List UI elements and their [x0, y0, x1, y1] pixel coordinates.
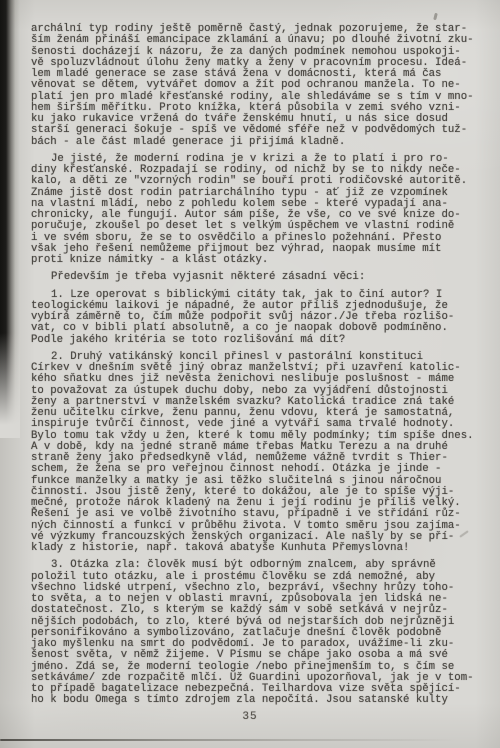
scan-left-edge-shadow	[0, 0, 20, 438]
page-number: 35	[0, 711, 500, 723]
text-line: kalo, a děti ze "vzorných rodin" se bouř…	[31, 176, 493, 187]
text-line: schem, že žena se pro veřejnou činnost n…	[31, 464, 493, 475]
paragraph: 3. Otázka zla: člověk musí být odborným …	[31, 560, 493, 706]
scan-bottom-edge-line	[0, 739, 482, 741]
text-line: Především je třeba vyjasnit některé zása…	[31, 272, 493, 283]
text-line: inspiruje tvůrčí činnost, vede jiné a vy…	[31, 419, 493, 430]
text-line: ho k bodu Omega s tímto zdrojem zla nepo…	[31, 695, 493, 706]
text-line: starší generaci šokuje - spíš ve vědomé …	[31, 125, 493, 136]
page-text: archální typ rodiny ještě poměrně častý,…	[31, 24, 493, 707]
text-line: ším ženám přináší emancipace zklamání a …	[31, 35, 493, 46]
text-line: bách - ale část mladé generace ji přijím…	[31, 137, 493, 148]
text-line: vat, co v bibli platí absolutně, a co je…	[31, 323, 493, 334]
text-line: šenost světa, v němž žijeme. V Písmu se …	[31, 650, 493, 661]
text-line: dostatečnost. Zlo, s kterým se každý sám…	[31, 605, 493, 616]
paragraph: 1. Lze operovat s biblickými citáty tak,…	[31, 290, 493, 346]
text-line: kého sňatku dnes již nevěsta ženichovi n…	[31, 374, 493, 385]
paragraph: Především je třeba vyjasnit některé zása…	[31, 272, 493, 283]
text-line: věnovat se dětem, vytvářet domov a žít p…	[31, 80, 493, 91]
paragraph: archální typ rodiny ještě poměrně častý,…	[31, 24, 493, 148]
text-line: Řešení je asi ve volbě životního stavu, …	[31, 509, 493, 520]
text-line: Podle jakého kritéria se toto rozlišován…	[31, 335, 493, 346]
text-line: poručuje, zkoušel po deset let s velkým …	[31, 221, 493, 232]
text-line: 3. Otázka zla: člověk musí být odborným …	[31, 560, 493, 571]
scan-speck-mark	[433, 13, 438, 21]
paragraph: 2. Druhý vatikánský koncil přinesl v pas…	[31, 352, 493, 555]
scanned-page: archální typ rodiny ještě poměrně častý,…	[0, 0, 500, 748]
text-line: klady z historie, např. taková abatyše K…	[31, 543, 493, 554]
paragraph: Je jisté, že moderní rodina je v krizi a…	[31, 154, 493, 267]
text-line: proti knize námitky - a klást otázky.	[31, 255, 493, 266]
